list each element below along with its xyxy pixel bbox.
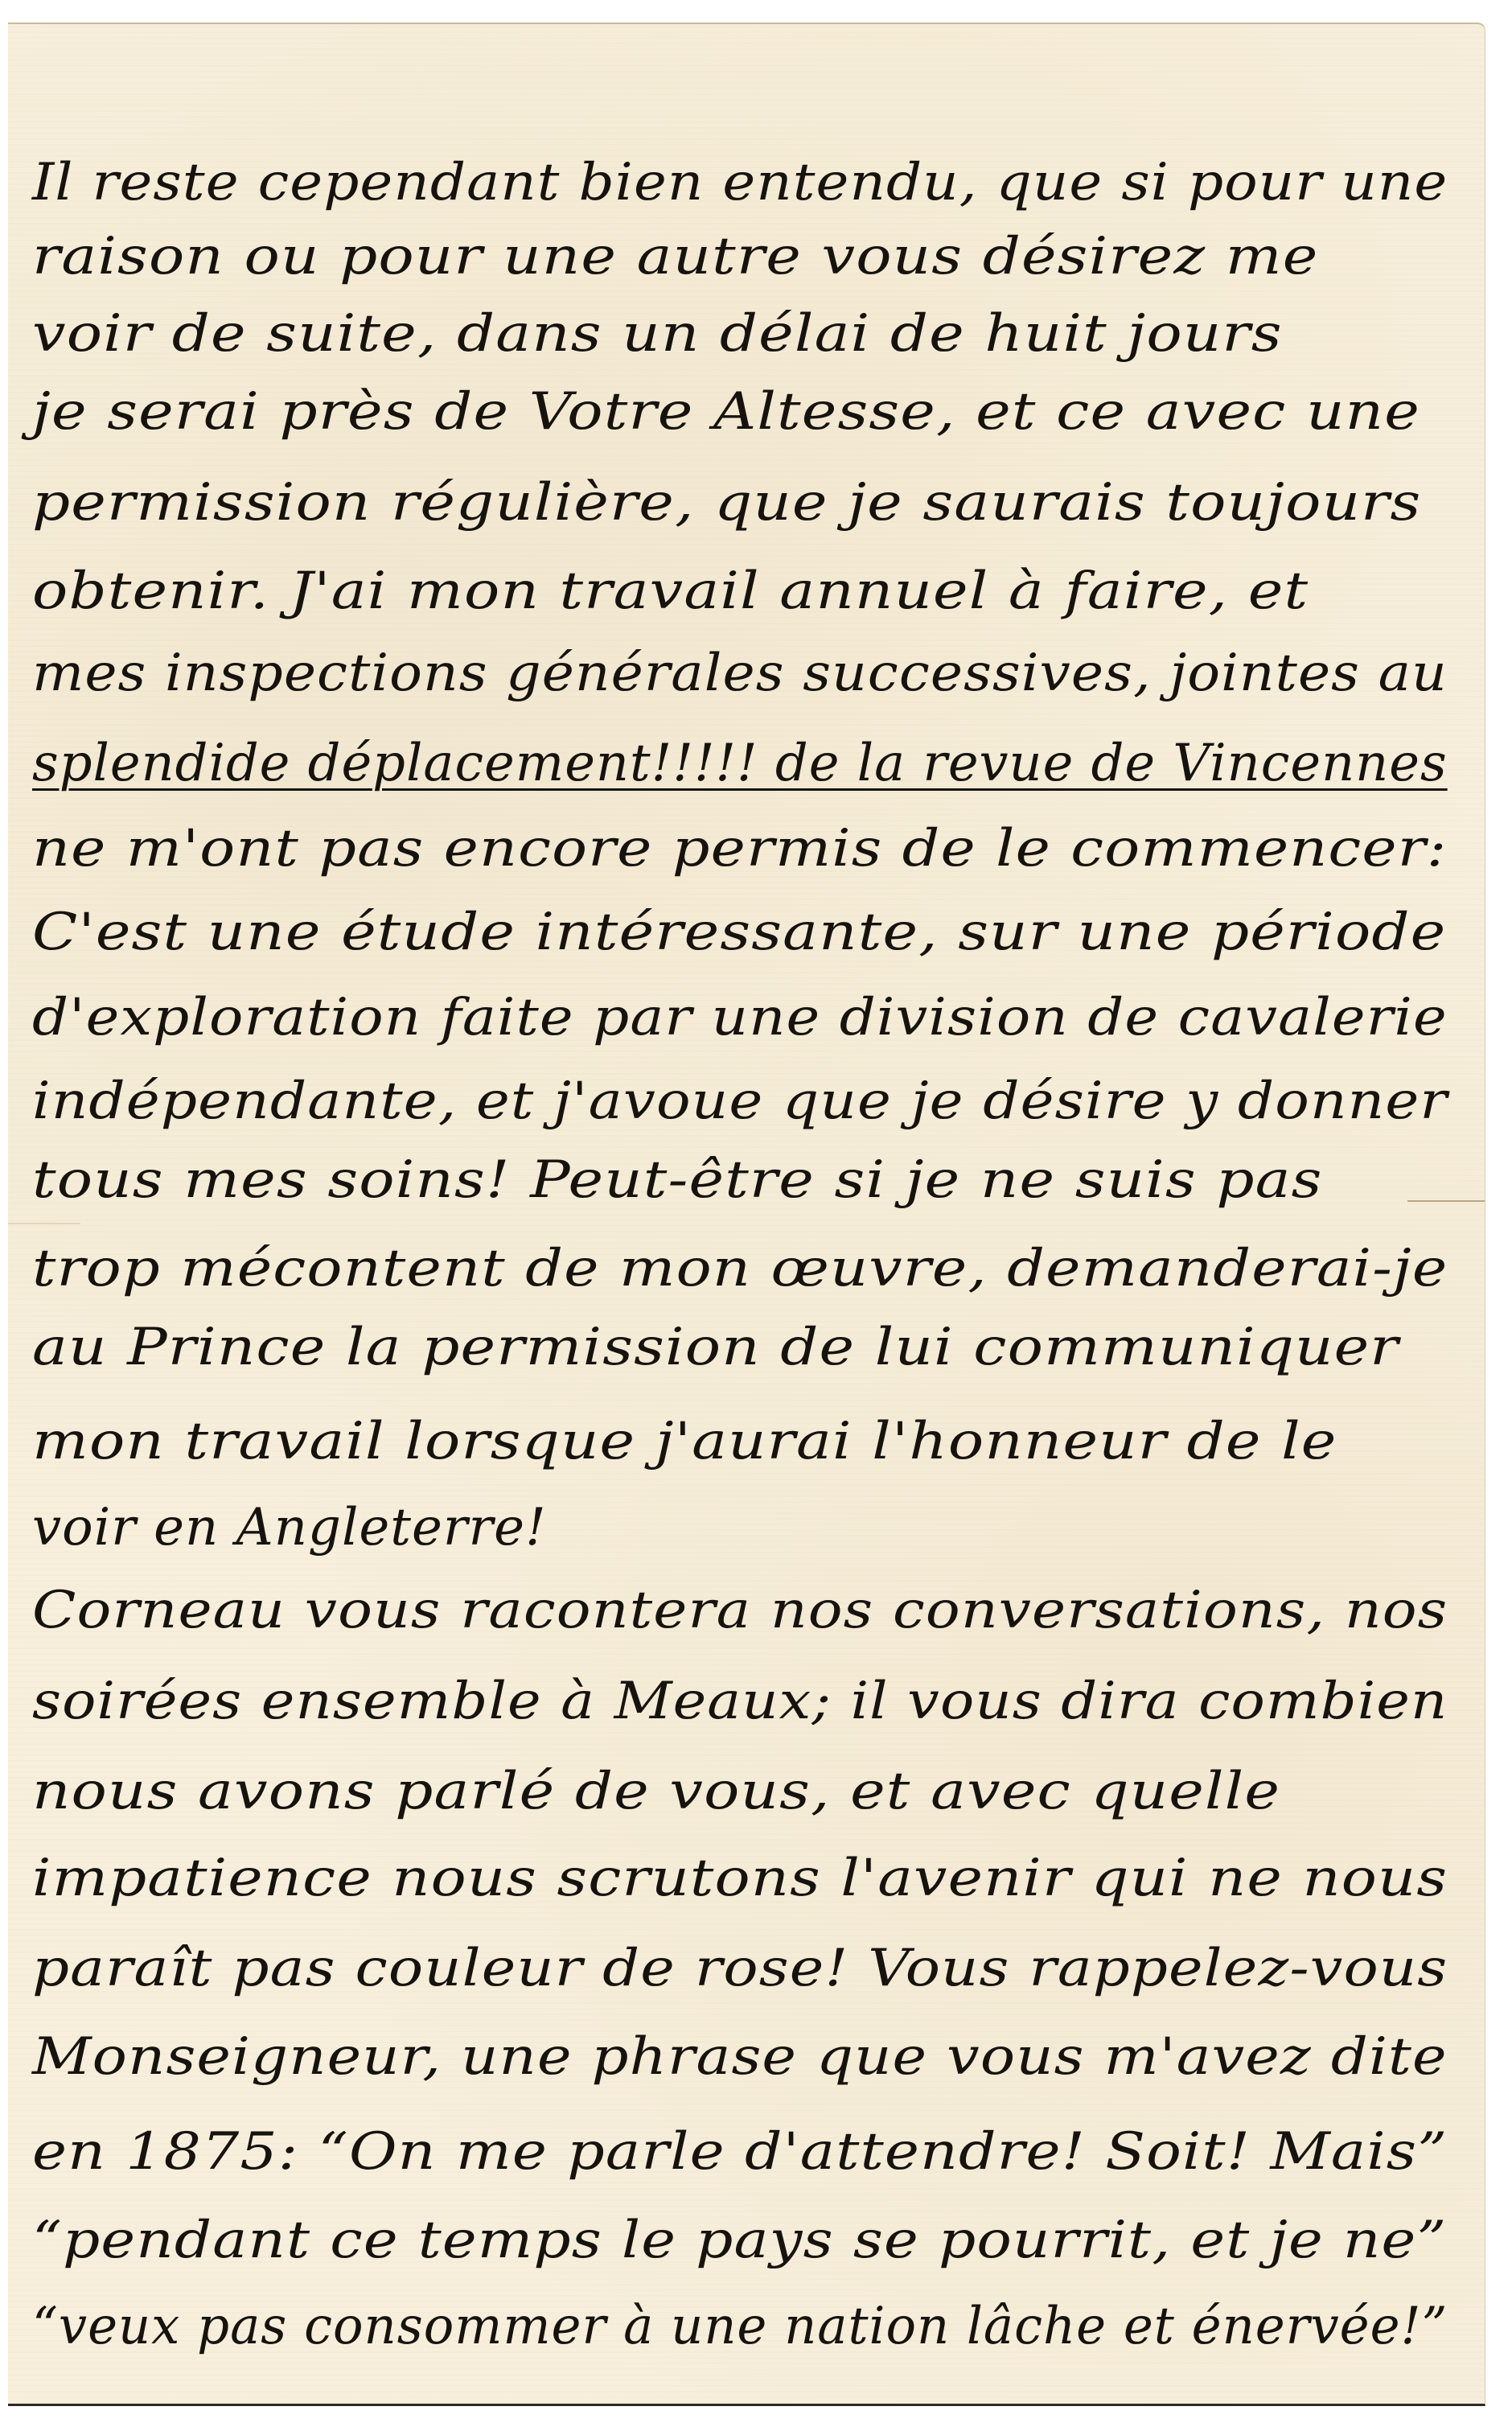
letter-line-24: en 1875: “On me parle d'attendre! Soit! … [32,2122,1448,2182]
letter-line-12: indépendante, et j'avoue que je désire y… [32,1072,1448,1131]
letter-line-19: soirées ensemble à Meaux; il vous dira c… [32,1672,1448,1731]
letter-line-9: ne m'ont pas encore permis de le commenc… [32,819,1447,878]
letter-line-20: nous avons parlé de vous, et avec quelle [32,1762,1280,1821]
paper-fold-crease [1407,1200,1485,1202]
letter-line-14: trop mécontent de mon œuvre, demanderai-… [32,1239,1448,1298]
letter-line-5: permission régulière, que je saurais tou… [32,473,1421,533]
letter-line-10: C'est une étude intéressante, sur une pé… [32,903,1446,962]
letter-line-22: paraît pas couleur de rose! Vous rappele… [32,1939,1448,1998]
letter-line-13: tous mes soins! Peut-être si je ne suis … [32,1150,1323,1210]
letter-line-3: voir de suite, dans un délai de huit jou… [32,304,1283,364]
letter-line-26: “veux pas consommer à une nation lâche e… [32,2297,1448,2356]
letter-line-23: Monseigneur, une phrase que vous m'avez … [32,2027,1448,2087]
letter-line-25: “pendant ce temps le pays se pourrit, et… [32,2211,1447,2270]
letter-line-17: voir en Angleterre! [32,1498,547,1557]
letter-line-1: Il reste cependant bien entendu, que si … [32,153,1448,212]
letter-line-16: mon travail lorsque j'aurai l'honneur de… [32,1412,1337,1471]
letter-line-21: impatience nous scrutons l'avenir qui ne… [32,1849,1448,1908]
letter-line-2: raison ou pour une autre vous désirez me [32,227,1318,286]
letter-line-18: Corneau vous racontera nos conversations… [32,1581,1448,1640]
letter-line-6: obtenir. J'ai mon travail annuel à faire… [32,562,1309,621]
letter-line-8: splendide déplacement!!!!! de la revue d… [32,734,1448,793]
letter-line-11: d'exploration faite par une division de … [32,988,1448,1047]
paper-fold-crease-left [8,1223,80,1224]
letter-line-15: au Prince la permission de lui communiqu… [32,1318,1399,1377]
letter-line-7: mes inspections générales successives, j… [32,644,1448,703]
letter-line-4: je serai près de Votre Altesse, et ce av… [32,382,1420,442]
